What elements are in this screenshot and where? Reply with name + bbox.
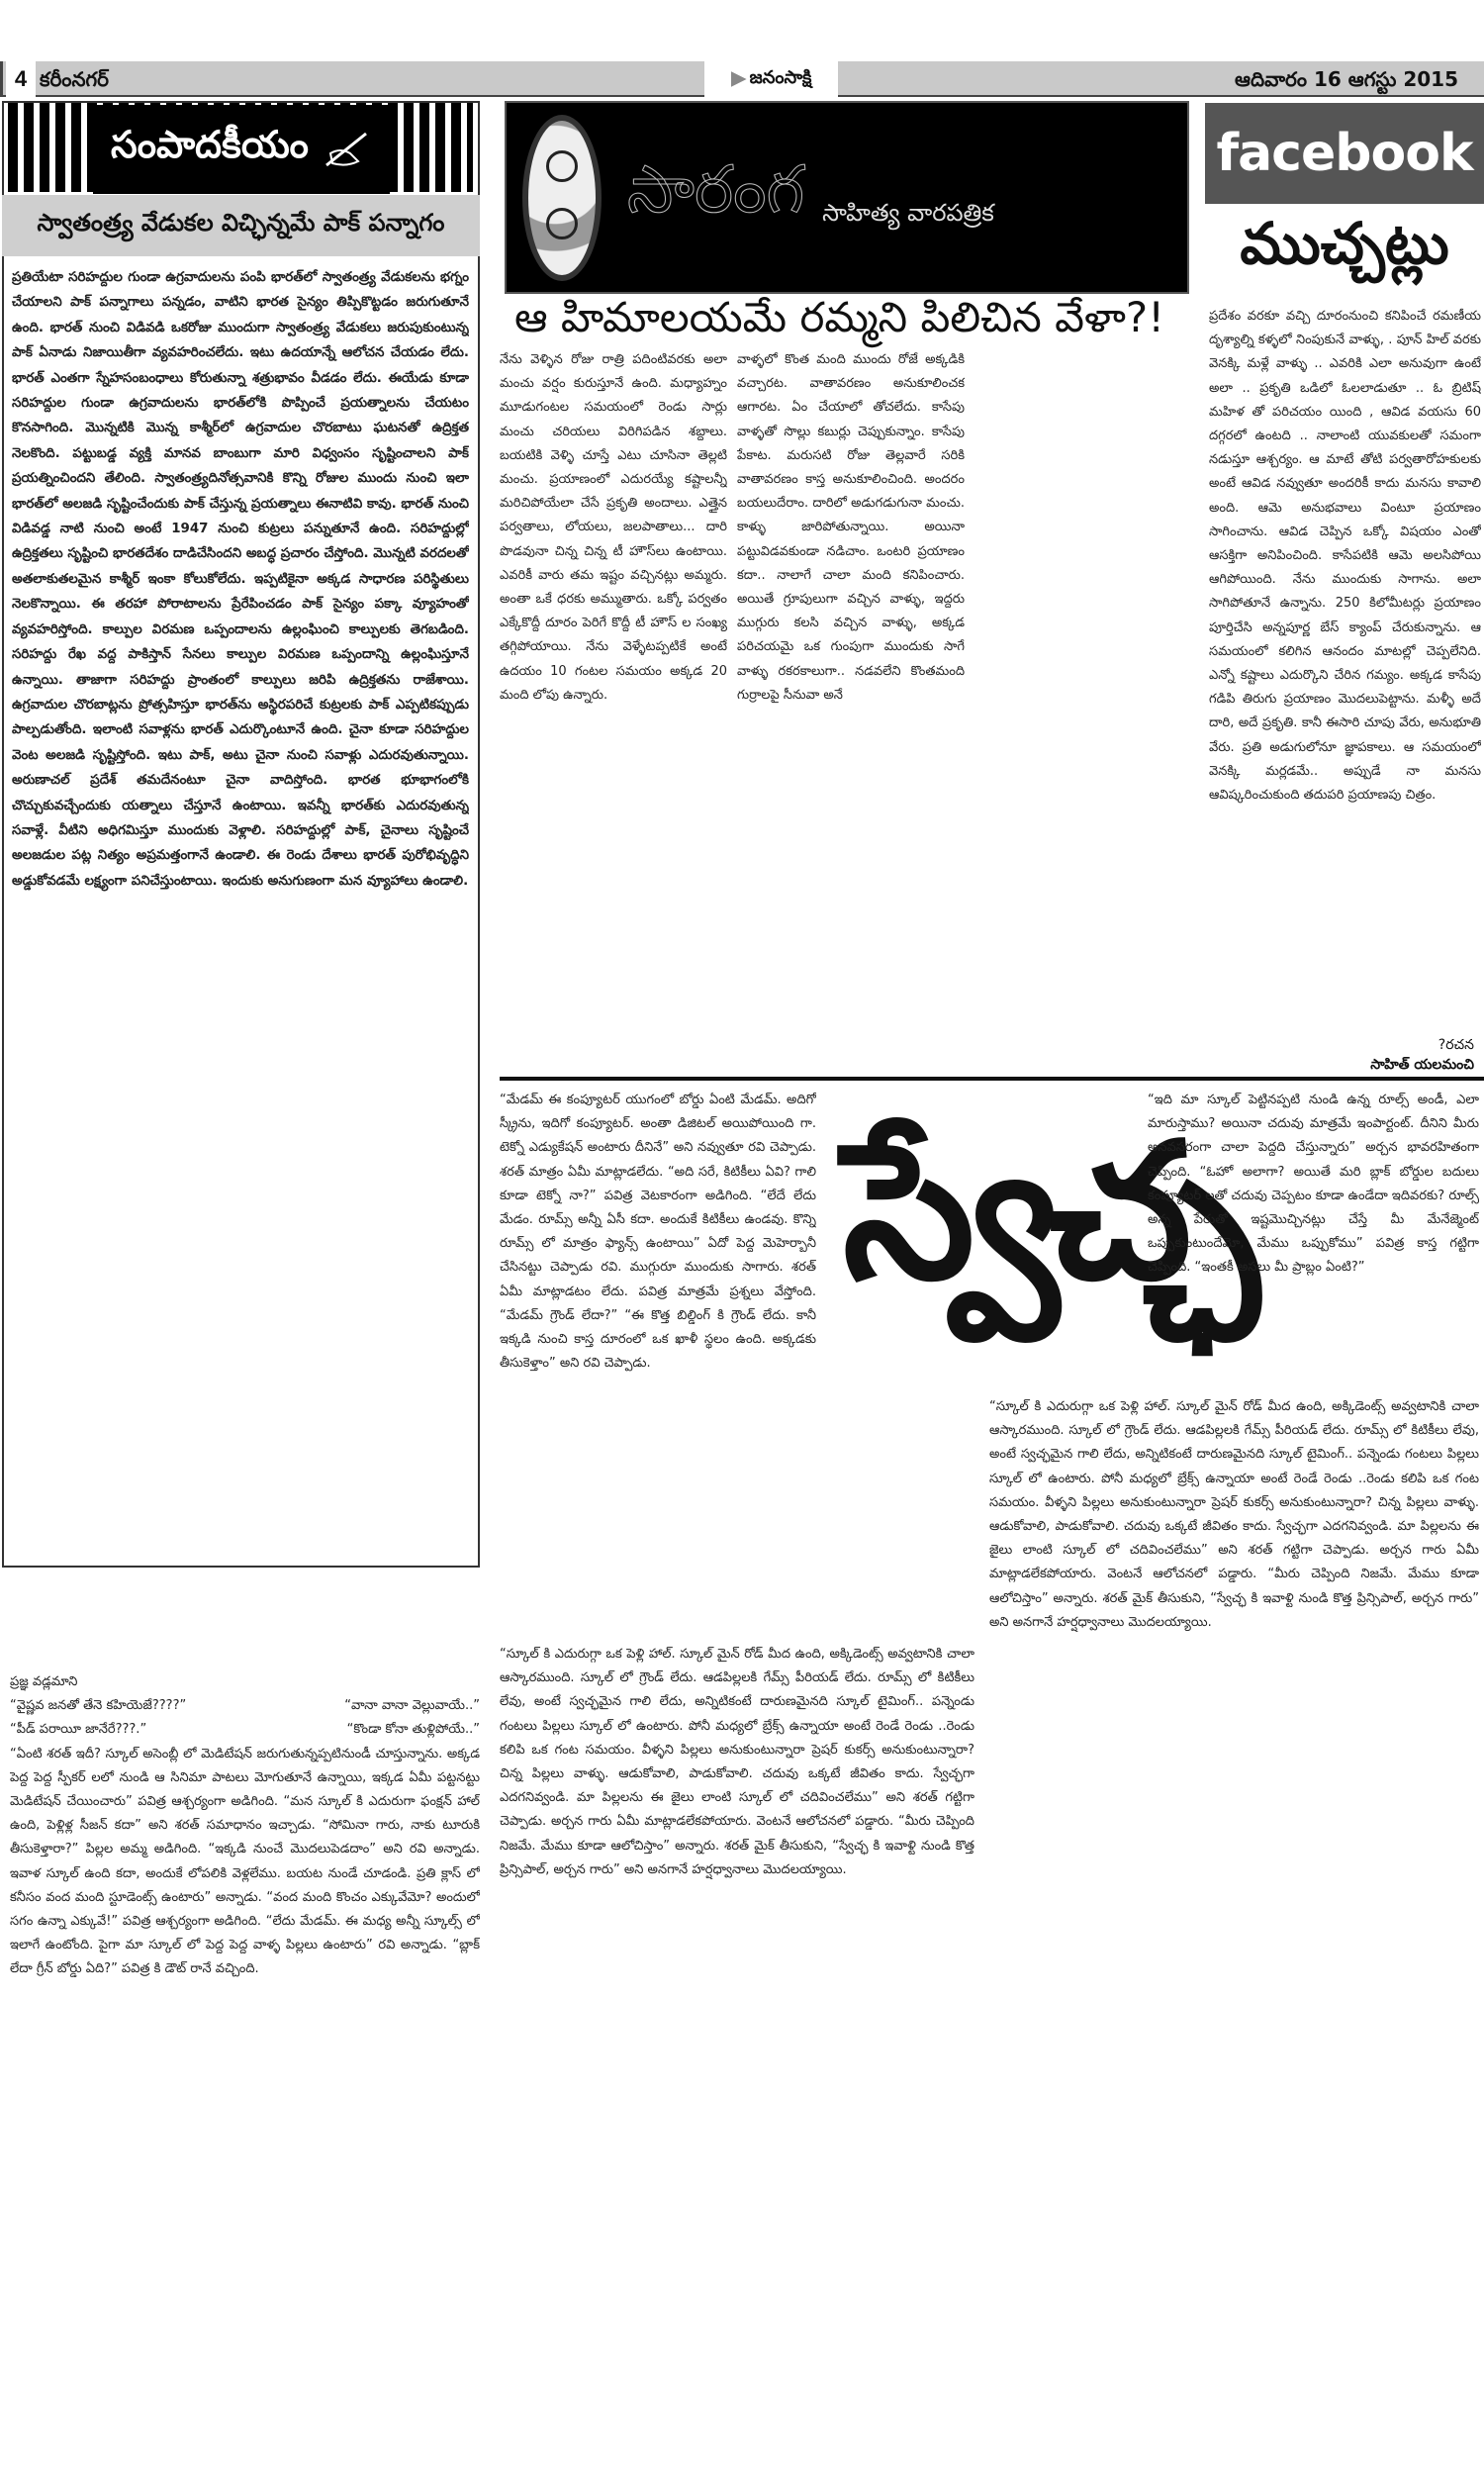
story-column-middle: “స్కూల్ కి ఎదురుగ్గా ఒక పెళ్లి హాల్. స్క… bbox=[500, 1643, 974, 2375]
song-line: “పీడ్ పరాయీ జానేరే???.” bbox=[10, 1718, 146, 1742]
saranga-spiral-logo-icon bbox=[522, 115, 602, 281]
page-section-label: కరీంనగర్ bbox=[40, 61, 109, 97]
article-author: సాహిత్ యలమంచి bbox=[1286, 1055, 1474, 1075]
facebook-column-body: ప్రదేశం వరకూ వచ్చి దూరంనుంచి కనిపించే రమ… bbox=[1209, 305, 1481, 1027]
facebook-label: facebook bbox=[1216, 124, 1472, 183]
song-line: “వానా వానా వెల్లువాయే..” bbox=[344, 1694, 480, 1718]
saranga-title: సారంగ bbox=[627, 151, 804, 243]
song-line: “వైష్ణవ జనతో తేనె కహియెజే????” bbox=[10, 1694, 186, 1718]
song-lines-2: “పీడ్ పరాయీ జానేరే???.” “కొండా కోనా తుళ్… bbox=[10, 1718, 480, 1742]
section-divider bbox=[500, 1077, 1484, 1081]
saranga-banner: సారంగ సాహిత్య వారపత్రిక bbox=[505, 101, 1189, 294]
newspaper-logo-text: జనంసాక్షి bbox=[750, 67, 812, 92]
article-credit-label: ?రచన bbox=[1286, 1035, 1474, 1055]
janamsakshi-logo-icon bbox=[731, 71, 747, 87]
facebook-section-title: ముచ్చట్లు bbox=[1205, 210, 1484, 294]
page-date: ఆదివారం 16 ఆగస్టు 2015 bbox=[1235, 61, 1458, 97]
story-left-body: “ఏంటి శరత్ ఇదీ? స్కూల్ అసెంబ్లీ లో మెడిట… bbox=[10, 1743, 480, 1982]
editorial-banner: సంపాదకీయం bbox=[93, 105, 390, 194]
editorial-headline-box: స్వాతంత్ర్య వేడుకల విచ్ఛిన్నమే పాక్ పన్న… bbox=[2, 195, 480, 256]
saranga-article-headline: ఆ హిమాలయమే రమ్మని పిలిచిన వేళా?! bbox=[514, 293, 1227, 342]
story-column-top-left: “మేడమ్ ఈ కంప్యూటర్ యుగంలో బోర్డు ఏంటి మే… bbox=[500, 1089, 816, 1633]
facebook-banner: facebook bbox=[1205, 103, 1484, 204]
editorial-headline: స్వాతంత్ర్య వేడుకల విచ్ఛిన్నమే పాక్ పన్న… bbox=[38, 209, 445, 242]
story-title: స్వేచ్ఛ bbox=[843, 1118, 1140, 1425]
story-left-column: ప్రజ్ఞ వడ్లమాని “వైష్ణవ జనతో తేనె కహియెజ… bbox=[10, 1670, 480, 2383]
song-line: “కొండా కోనా తుళ్లిపోయే..” bbox=[347, 1718, 480, 1742]
pen-writing-icon bbox=[323, 130, 372, 169]
newspaper-logo[interactable]: జనంసాక్షి bbox=[704, 61, 838, 97]
editorial-banner-title: సంపాదకీయం bbox=[111, 123, 309, 176]
saranga-article-column-1: నేను వెళ్ళిన రోజు రాత్రి పదింటివరకు అలా … bbox=[500, 348, 727, 1061]
story-column-continued: “స్కూల్ కి ఎదురుగ్గా ఒక పెళ్లి హాల్. స్క… bbox=[989, 1395, 1479, 2375]
story-column-top-right: “ఇది మా స్కూల్ పెట్టినప్పటి నుండి ఉన్న ర… bbox=[1148, 1089, 1479, 1385]
story-author: ప్రజ్ఞ వడ్లమాని bbox=[10, 1670, 480, 1694]
editorial-body: ప్రతియేటా సరిహద్దుల గుండా ఉగ్రవాదులను పం… bbox=[12, 265, 469, 1552]
saranga-article-column-2: వాళ్ళలో కొంత మంది ముందు రోజే అక్కడికి వచ… bbox=[737, 348, 965, 1061]
song-lines-1: “వైష్ణవ జనతో తేనె కహియెజే????” “వానా వాన… bbox=[10, 1694, 480, 1718]
saranga-subtitle: సాహిత్య వారపత్రిక bbox=[822, 199, 994, 233]
page-number: 4 bbox=[6, 61, 36, 97]
